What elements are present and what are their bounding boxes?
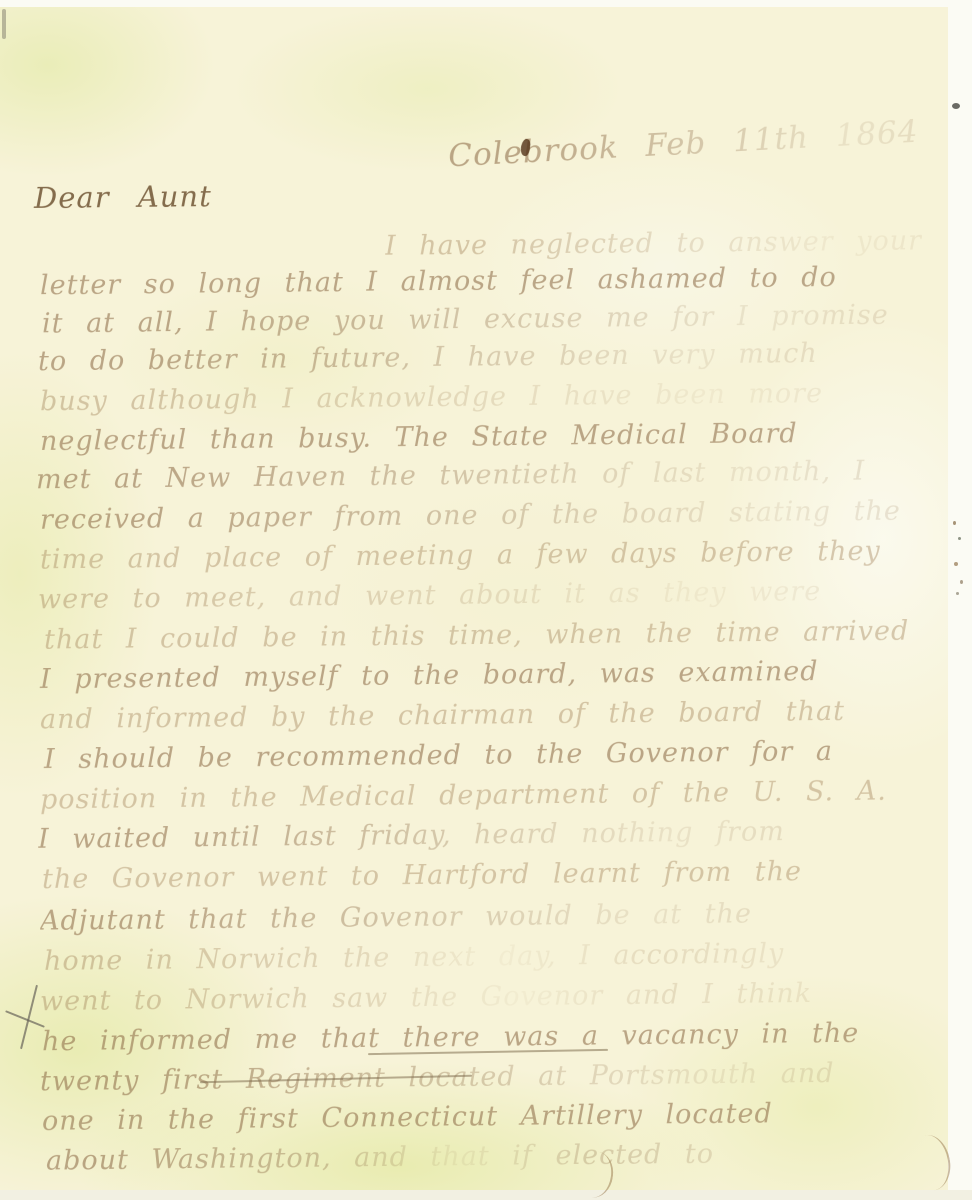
letter-line: I have neglected to answer your xyxy=(385,225,922,262)
margin-cross-mark xyxy=(8,984,50,1050)
scan-border-right xyxy=(948,0,972,1200)
scan-border-top xyxy=(0,0,972,7)
edge-smudge xyxy=(2,9,6,39)
edge-speck xyxy=(958,537,961,540)
edge-speck xyxy=(952,103,960,109)
letter-salutation: Dear Aunt xyxy=(34,179,212,215)
edge-speck xyxy=(953,521,956,525)
edge-speck xyxy=(960,580,963,584)
edge-speck xyxy=(956,592,959,595)
edge-speck xyxy=(954,562,958,566)
scan-border-bottom xyxy=(0,1190,972,1200)
scanned-letter-page: Colebrook Feb 11th 1864 Dear Aunt I have… xyxy=(0,0,972,1200)
